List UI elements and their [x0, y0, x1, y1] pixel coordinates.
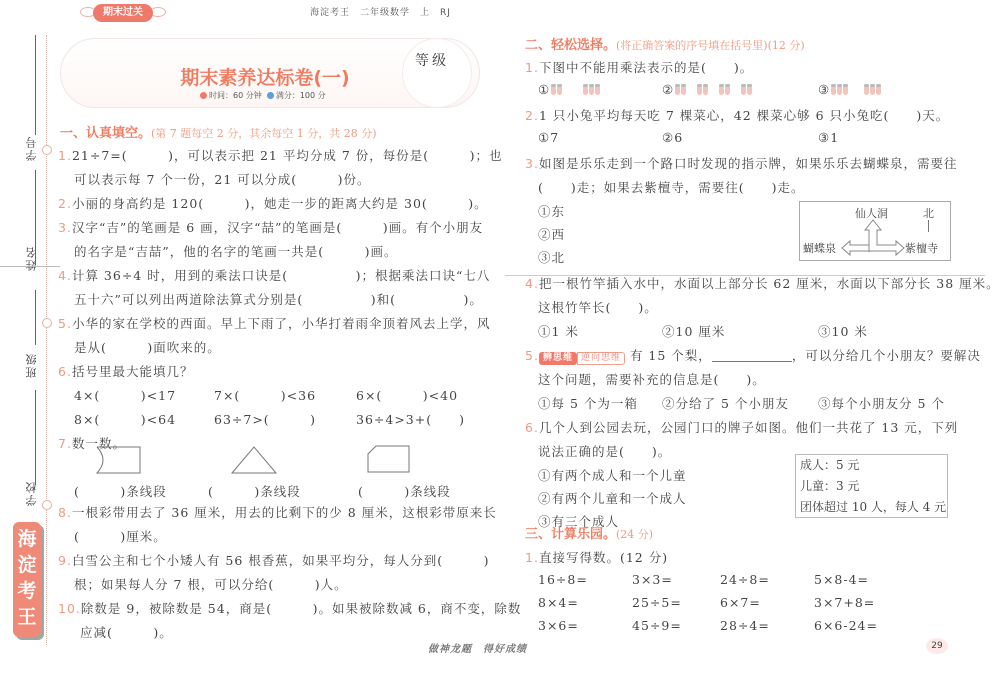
option: ③北: [538, 248, 565, 266]
grade-label: 等级: [415, 50, 449, 70]
question-line: 2.小丽的身高约是 120( )，她走一步的距离大约是 30( )。: [58, 194, 488, 212]
option: ①东: [538, 202, 565, 220]
sign-east-dest: 紫檀寺: [905, 240, 938, 256]
question-line: 9.白雪公主和七个小矮人有 56 根香蕉，如果平均分，每人分到( ): [58, 551, 490, 569]
calc-item: 28÷4=: [720, 618, 770, 633]
calc-item: 3×6=: [538, 618, 579, 633]
arrows-icon: [840, 218, 906, 256]
calc-item: 8×4=: [538, 595, 579, 610]
question-line: 6.括号里最大能填几？: [58, 362, 193, 380]
radish-icon: [589, 86, 594, 95]
question-number: 3.: [58, 220, 72, 235]
time-label: 时间：60 分钟: [209, 91, 262, 100]
thinking-tag: 辨思维: [539, 352, 577, 365]
radish-icon: [557, 86, 562, 95]
question-text: 括号里最大能填几？: [72, 364, 194, 379]
option-2: ②: [662, 82, 752, 97]
option: ②分给了 5 个小朋友: [662, 394, 789, 412]
section-title: 三、计算乐园。: [525, 527, 616, 542]
north-arrow-icon: [928, 220, 929, 232]
radish-icon: [551, 86, 556, 95]
question-text: 直接写得数。(12 分): [539, 550, 668, 565]
radish-icon: [831, 86, 836, 95]
shape-pentagon: [366, 444, 412, 474]
radish-icon: [719, 86, 724, 95]
series-info: 海淀考王 二年级数学 上 RJ: [310, 5, 451, 18]
radish-icon: [864, 86, 869, 95]
radish-icon: [583, 86, 588, 95]
radish-icon: [837, 86, 842, 95]
student-id-label: 学号: [24, 135, 40, 161]
question-text: 可以表示每 7 个一份，21 可以分成( )份。: [74, 172, 371, 187]
option-1: ①: [538, 82, 600, 97]
grade-circle: [402, 38, 472, 108]
cut-line: [46, 35, 47, 645]
option: ③10 米: [818, 322, 868, 340]
question-text: 21÷7=( )，可以表示把 21 平均分成 7 份，每份是( )；也: [72, 148, 503, 163]
question-line: 3.汉字“吉”的笔画是 6 画，汉字“喆”的笔画是( )画。有个小朋友: [58, 218, 483, 236]
calc-item: 25÷5=: [632, 595, 682, 610]
radish-icon: [741, 86, 746, 95]
question-line: 应减( )。: [80, 623, 173, 641]
inequality: 8×( )<64: [74, 410, 176, 428]
scissors-icon: [42, 318, 52, 328]
calc-item: 6×6-24=: [814, 618, 878, 633]
radish-icon: [747, 86, 752, 95]
question-text: 计算 36÷4 时，用到的乘法口诀是( )；根据乘法口诀“七八: [72, 268, 490, 283]
question-line: ( )走；如果去紫檀寺，需要往( )走。: [538, 178, 805, 196]
radish-icon: [595, 86, 600, 95]
divider: [35, 290, 36, 345]
question-text: 如图是乐乐走到一个路口时发现的指示牌，如果乐乐去蝴蝶泉，需要往: [539, 156, 958, 171]
calc-item: 6×7=: [720, 595, 761, 610]
question-number: 2.: [525, 108, 539, 123]
option-marker: ①: [538, 82, 550, 97]
section-note: (将正确答案的序号填在括号里)(12 分): [616, 39, 805, 52]
question-line: 五十六”可以列出两道除法算式分别是( )和( )。: [74, 290, 483, 308]
question-line: 1.21÷7=( )，可以表示把 21 平均分成 7 份，每份是( )；也: [58, 146, 503, 164]
question-line: 5.辨思维逆向思维 有 15 个梨，，可以分给几个小朋友？要解决: [525, 346, 981, 365]
question-text: 应减( )。: [80, 625, 173, 640]
question-text: 除数是 9，被除数是 54，商是( )。如果被除数减 6，商不变，除数: [81, 601, 522, 616]
north-indicator: 北: [923, 205, 934, 221]
inequality: 6×( )<40: [356, 386, 458, 404]
section1-heading: 一、认真填空。(第 7 题每空 2 分，其余每空 1 分，共 28 分): [60, 122, 377, 141]
question-line: 4.计算 36÷4 时，用到的乘法口诀是( )；根据乘法口诀“七八: [58, 266, 490, 284]
child-price: 儿童：3 元: [796, 476, 947, 497]
group-price: 团体超过 10 人，每人 4 元: [796, 497, 947, 518]
option: ①有两个成人和一个儿童: [538, 466, 687, 484]
section3-heading: 三、计算乐园。(24 分): [525, 523, 653, 542]
inequality: 36÷4>3+( ): [356, 410, 465, 428]
question-line: 6.几个人到公园去玩，公园门口的牌子如图。他们一共花了 13 元，下列: [525, 418, 958, 436]
question-text: ( )厘米。: [74, 529, 167, 544]
question-line: 的名字是“吉喆”，他的名字的笔画一共是( )画。: [74, 242, 398, 260]
radish-icon: [675, 86, 680, 95]
question-line: 可以表示每 7 个一份，21 可以分成( )份。: [74, 170, 371, 188]
calc-item: 24÷8=: [720, 572, 770, 587]
question-text: 把一根竹竿插入水中，水面以上部分长 62 厘米，水面以下部分长 38 厘米。: [539, 276, 1000, 291]
option: ①7: [538, 130, 559, 145]
page-title: 期末素养达标卷(一): [160, 63, 370, 90]
option: ②6: [662, 130, 683, 145]
question-text: 白雪公主和七个小矮人有 56 根香蕉，如果平均分，每人分到( ): [72, 553, 490, 568]
score-label: 满分：100 分: [276, 91, 326, 100]
question-number: 10.: [58, 601, 81, 616]
question-text: 下图中不能用乘法表示的是( )。: [539, 60, 753, 75]
brand-logo: 海淀考王: [13, 522, 41, 637]
fold-line: [0, 266, 60, 267]
question-text: 的名字是“吉喆”，他的名字的笔画一共是( )画。: [74, 244, 398, 259]
question-text: 汉字“吉”的笔画是 6 画，汉字“喆”的笔画是( )画。有个小朋友: [72, 220, 483, 235]
question-text: 有 15 个梨，: [630, 348, 712, 363]
section-title: 一、认真填空。: [60, 126, 151, 141]
price-sign: 成人：5 元 儿童：3 元 团体超过 10 人，每人 4 元: [795, 454, 948, 518]
question-line: 1.下图中不能用乘法表示的是( )。: [525, 58, 753, 76]
radish-icon: [843, 86, 848, 95]
scissors-icon: [42, 145, 52, 155]
question-number: 3.: [525, 156, 539, 171]
question-number: 1.: [58, 148, 72, 163]
question-line: 说法正确的是( )。: [538, 442, 671, 460]
option: ②10 厘米: [662, 322, 725, 340]
question-text: 1 只小兔平均每天吃 7 棵菜心，42 棵菜心够 6 只小兔吃( )天。: [539, 108, 949, 123]
option-marker: ③: [818, 82, 830, 97]
inequality: 7×( )<36: [214, 386, 316, 404]
calc-item: 5×8-4=: [814, 572, 869, 587]
question-line: 3.如图是乐乐走到一个路口时发现的指示牌，如果乐乐去蝴蝶泉，需要往: [525, 154, 957, 172]
radish-icon: [703, 86, 708, 95]
divider: [35, 35, 36, 135]
option: ①每 5 个为一箱: [538, 394, 638, 412]
question-text: 根；如果每人分 7 根，可以分给( )人。: [74, 577, 348, 592]
question-line: 5.小华的家在学校的西面。早上下雨了，小华打着雨伞顶着风去上学，风: [58, 314, 490, 332]
question-line: 是从( )面吹来的。: [74, 338, 221, 356]
section-note: (第 7 题每空 2 分，其余每空 1 分，共 28 分): [151, 127, 377, 140]
adult-price: 成人：5 元: [796, 455, 947, 476]
question-text: 小丽的身高约是 120( )，她走一步的距离大约是 30( )。: [72, 196, 488, 211]
question-text: 一根彩带用去了 36 厘米，用去的比剩下的少 8 厘米，这根彩带原来长: [72, 505, 497, 520]
question-number: 4.: [58, 268, 72, 283]
check-icon: [267, 92, 274, 99]
count-answer: ( )条线段: [74, 482, 167, 500]
calc-item: 45÷9=: [632, 618, 682, 633]
shape-rect-arc: [95, 445, 143, 475]
radish-icon: [697, 86, 702, 95]
class-label: 班级: [24, 352, 40, 378]
question-number: 1.: [525, 60, 539, 75]
question-number: 9.: [58, 553, 72, 568]
direction-sign: 仙人洞 北 蝴蝶泉 紫檀寺: [799, 201, 951, 261]
section2-heading: 二、轻松选择。(将正确答案的序号填在括号里)(12 分): [525, 34, 805, 53]
school-label: 学校: [24, 480, 40, 506]
option: ③1: [818, 130, 839, 145]
question-number: 1.: [525, 550, 539, 565]
question-line: 根；如果每人分 7 根，可以分给( )人。: [74, 575, 348, 593]
fill-blank[interactable]: [712, 350, 792, 362]
question-text: 小华的家在学校的西面。早上下雨了，小华打着雨伞顶着风去上学，风: [72, 316, 491, 331]
question-number: 4.: [525, 276, 539, 291]
calc-item: 3×3=: [632, 572, 673, 587]
option: ②有两个儿童和一个成人: [538, 489, 687, 507]
clock-icon: [200, 92, 207, 99]
radish-icon: [725, 86, 730, 95]
page-number: 29: [926, 638, 948, 654]
section-note: (24 分): [616, 528, 653, 541]
question-line: 8.一根彩带用去了 36 厘米，用去的比剩下的少 8 厘米，这根彩带原来长: [58, 503, 497, 521]
question-text: 五十六”可以列出两道除法算式分别是( )和( )。: [74, 292, 483, 307]
reverse-thinking-tag: 逆向思维: [577, 352, 625, 365]
section-title: 二、轻松选择。: [525, 38, 616, 53]
question-number: 8.: [58, 505, 72, 520]
calc-item: 3×7+8=: [814, 595, 875, 610]
inequality: 63÷7>( ): [214, 410, 316, 428]
option: ②西: [538, 225, 565, 243]
question-line: 4.把一根竹竿插入水中，水面以上部分长 62 厘米，水面以下部分长 38 厘米。: [525, 274, 1000, 292]
calc-item: 16÷8=: [538, 572, 588, 587]
option: ③每个小朋友分 5 个: [818, 394, 945, 412]
radish-icon: [681, 86, 686, 95]
question-number: 5.: [58, 316, 72, 331]
question-line: 1.直接写得数。(12 分): [525, 548, 668, 566]
question-number: 5.: [525, 348, 539, 363]
binding-margin: 学号 姓名 班级 学校 海淀考王: [0, 0, 60, 690]
divider: [35, 390, 36, 485]
exam-meta: 时间：60 分钟 满分：100 分: [200, 90, 326, 101]
sign-west-dest: 蝴蝶泉: [803, 240, 836, 256]
question-line: 10.除数是 9，被除数是 54，商是( )。如果被除数减 6，商不变，除数: [58, 599, 521, 617]
question-number: 7.: [58, 436, 72, 451]
option-marker: ②: [662, 82, 674, 97]
question-text: 几个人到公园去玩，公园门口的牌子如图。他们一共花了 13 元，下列: [539, 420, 958, 435]
question-line: 2.1 只小兔平均每天吃 7 棵菜心，42 棵菜心够 6 只小兔吃( )天。: [525, 106, 949, 124]
question-line: ( )厘米。: [74, 527, 167, 545]
question-line: 这根竹竿长( )。: [538, 298, 658, 316]
radish-icon: [870, 86, 875, 95]
option: ①1 米: [538, 322, 579, 340]
footer-slogan: 做神龙题 得好成绩: [428, 640, 527, 655]
inequality: 4×( )<17: [74, 386, 176, 404]
question-number: 6.: [525, 420, 539, 435]
count-answer: ( )条线段: [358, 482, 451, 500]
final-exam-badge: 期末过关: [93, 4, 153, 22]
name-label: 姓名: [24, 245, 40, 271]
scissors-icon: [42, 500, 52, 510]
question-number: 6.: [58, 364, 72, 379]
radish-icon: [876, 86, 881, 95]
count-answer: ( )条线段: [208, 482, 301, 500]
option-3: ③: [818, 82, 881, 97]
question-text: ，可以分给几个小朋友？要解决: [792, 348, 981, 363]
shape-triangle: [230, 445, 278, 475]
question-number: 2.: [58, 196, 72, 211]
question-line: 这个问题，需要补充的信息是( )。: [538, 370, 766, 388]
question-text: 是从( )面吹来的。: [74, 340, 221, 355]
